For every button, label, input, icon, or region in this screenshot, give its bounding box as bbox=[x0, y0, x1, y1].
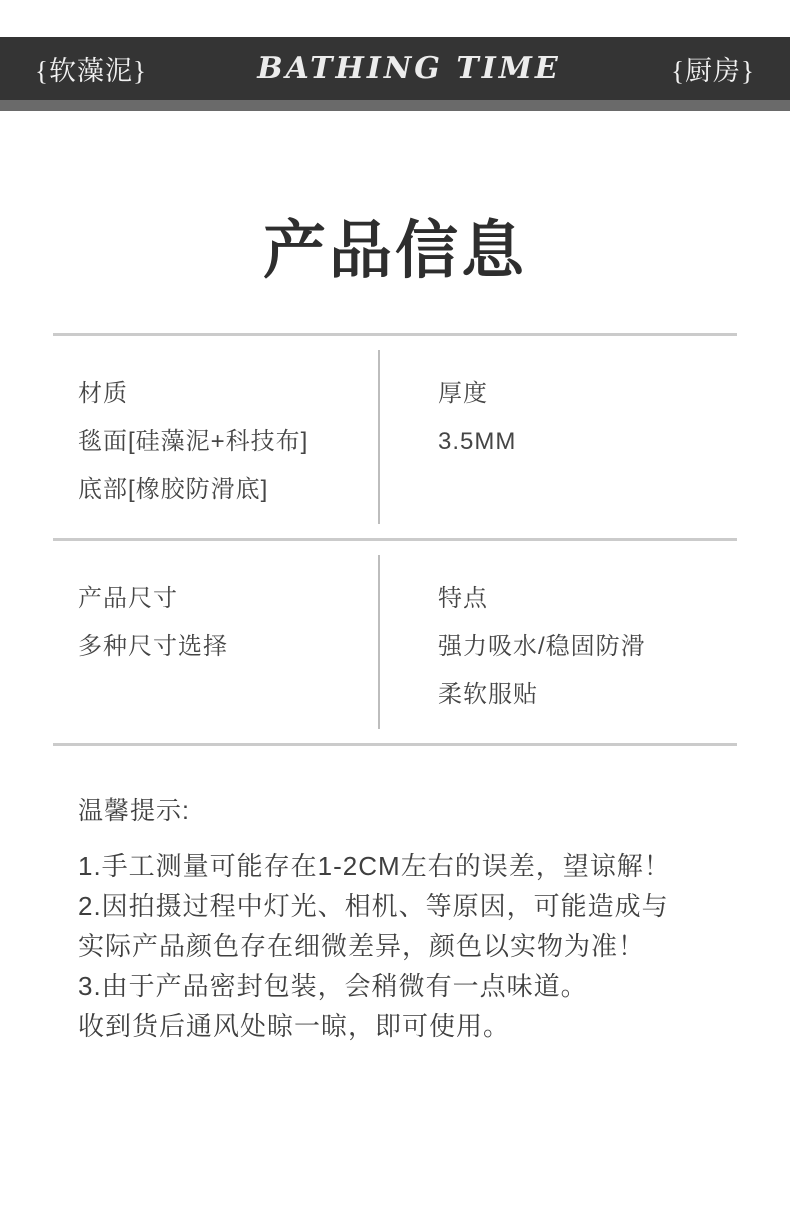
tips-heading: 温馨提示: bbox=[78, 798, 737, 824]
header-right-category-label: {厨房} bbox=[671, 49, 755, 88]
top-white-gap bbox=[0, 0, 790, 37]
spec-table: 材质 毯面[硅藻泥+科技布] 底部[橡胶防滑底] 厚度 3.5MM 产品尺寸 多… bbox=[53, 333, 737, 746]
spec-row-material-thickness: 材质 毯面[硅藻泥+科技布] 底部[橡胶防滑底] 厚度 3.5MM bbox=[53, 336, 737, 541]
size-label: 产品尺寸 bbox=[78, 575, 378, 623]
tips-line-5: 收到货后通风处晾一晾，即可使用。 bbox=[78, 1006, 737, 1046]
page-title: 产品信息 bbox=[0, 211, 790, 291]
size-value: 多种尺寸选择 bbox=[78, 623, 378, 671]
product-info-page: {软藻泥} BATHING TIME {厨房} 产品信息 材质 毯面[硅藻泥+科… bbox=[0, 0, 790, 1222]
header-bar: {软藻泥} BATHING TIME {厨房} bbox=[0, 37, 790, 100]
tips-line-1: 1.手工测量可能存在1-2CM左右的误差，望谅解！ bbox=[78, 846, 737, 886]
tips-line-3: 实际产品颜色存在细微差异，颜色以实物为准！ bbox=[78, 926, 737, 966]
spec-cell-features: 特点 强力吸水/稳固防滑 柔软服贴 bbox=[378, 541, 737, 743]
material-surface-value: 毯面[硅藻泥+科技布] bbox=[78, 418, 378, 466]
features-label: 特点 bbox=[438, 575, 737, 623]
features-value-2: 柔软服贴 bbox=[438, 671, 737, 719]
thickness-label: 厚度 bbox=[438, 370, 737, 418]
thickness-value: 3.5MM bbox=[438, 418, 737, 466]
tips-section: 温馨提示: 1.手工测量可能存在1-2CM左右的误差，望谅解！ 2.因拍摄过程中… bbox=[53, 798, 737, 1046]
spec-cell-size: 产品尺寸 多种尺寸选择 bbox=[53, 541, 378, 743]
spec-row-size-features: 产品尺寸 多种尺寸选择 特点 强力吸水/稳固防滑 柔软服贴 bbox=[53, 541, 737, 746]
header-shadow-strip bbox=[0, 100, 790, 111]
material-bottom-value: 底部[橡胶防滑底] bbox=[78, 466, 378, 514]
features-value-1: 强力吸水/稳固防滑 bbox=[438, 623, 737, 671]
spec-cell-material: 材质 毯面[硅藻泥+科技布] 底部[橡胶防滑底] bbox=[53, 336, 378, 538]
header-brand-script: BATHING TIME bbox=[257, 51, 561, 86]
tips-line-2: 2.因拍摄过程中灯光、相机、等原因，可能造成与 bbox=[78, 886, 737, 926]
header-left-category-label: {软藻泥} bbox=[35, 49, 147, 88]
spec-cell-thickness: 厚度 3.5MM bbox=[378, 336, 737, 538]
material-label: 材质 bbox=[78, 370, 378, 418]
tips-line-4: 3.由于产品密封包装，会稍微有一点味道。 bbox=[78, 966, 737, 1006]
